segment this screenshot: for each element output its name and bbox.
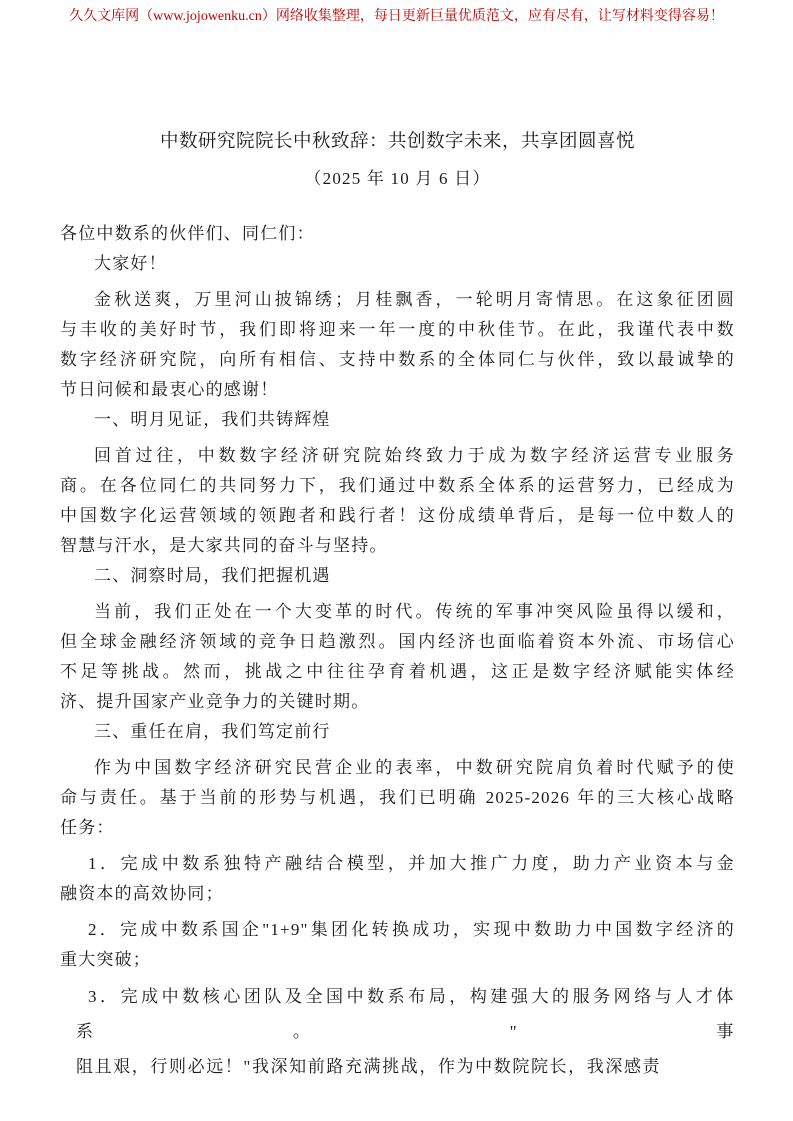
greeting: 大家好！ <box>60 249 735 279</box>
text-line: 中国数字化运营领域的领跑者和践行者！这份成绩单背后，是每一位中数人的 <box>60 501 735 531</box>
text-line: 1．完成中数系独特产融结合模型，并加大推广力度，助力产业资本与金 <box>60 849 735 879</box>
text-line: 回首过往，中数数字经济研究院始终致力于成为数字经济运营专业服务 <box>60 441 735 471</box>
paragraph-intro: 金秋送爽，万里河山披锦绣；月桂飘香，一轮明月寄情思。在这象征团圆 与丰收的美好时… <box>60 285 735 405</box>
text-line: 命与责任。基于当前的形势与机遇，我们已明确 2025-2026 年的三大核心战略 <box>60 783 735 813</box>
text-line: 作为中国数字经济研究民营企业的表率，中数研究院肩负着时代赋予的使 <box>60 753 735 783</box>
text-line: 数字经济研究院，向所有相信、支持中数系的全体同仁与伙伴，致以最诚挚的 <box>60 345 735 375</box>
section-heading-3: 三、重任在肩，我们笃定前行 <box>60 717 735 747</box>
text-line: 不足等挑战。然而，挑战之中往往孕育着机遇，这正是数字经济赋能实体经 <box>60 657 735 687</box>
document-body: 中数研究院院长中秋致辞：共创数字未来，共享团圆喜悦 （2025 年 10 月 6… <box>60 0 735 1084</box>
document-page: 久久文库网（www.jojowenku.cn）网络收集整理，每日更新巨量优质范文… <box>0 0 793 1121</box>
text-line: 智慧与汗水，是大家共同的奋斗与坚持。 <box>60 531 735 561</box>
text-line: 商。在各位同仁的共同努力下，我们通过中数系全体系的运营努力，已经成为 <box>60 471 735 501</box>
list-item-2: 2．完成中数系国企"1+9"集团化转换成功，实现中数助力中国数字经济的 重大突破… <box>60 915 735 975</box>
paragraph-section-2: 当前，我们正处在一个大变革的时代。传统的军事冲突风险虽得以缓和， 但全球金融经济… <box>60 597 735 717</box>
paragraph-section-1: 回首过往，中数数字经济研究院始终致力于成为数字经济运营专业服务 商。在各位同仁的… <box>60 441 735 561</box>
text-line: 节日问候和最衷心的感谢！ <box>60 375 735 405</box>
salutation: 各位中数系的伙伴们、同仁们： <box>60 219 735 249</box>
list-item-3: 3．完成中数核心团队及全国中数系布局，构建强大的服务网络与人才体系。"事 阻且艰… <box>60 979 735 1084</box>
paragraph-section-3: 作为中国数字经济研究民营企业的表率，中数研究院肩负着时代赋予的使 命与责任。基于… <box>60 753 735 843</box>
text-line: 任务： <box>60 813 735 843</box>
text-line: 当前，我们正处在一个大变革的时代。传统的军事冲突风险虽得以缓和， <box>60 597 735 627</box>
text-line: 重大突破； <box>60 945 735 975</box>
text-line: 2．完成中数系国企"1+9"集团化转换成功，实现中数助力中国数字经济的 <box>60 915 735 945</box>
section-heading-1: 一、明月见证，我们共铸辉煌 <box>60 405 735 435</box>
text-line: 阻且艰，行则必远！"我深知前路充满挑战，作为中数院院长，我深感责 <box>76 1049 735 1084</box>
text-line: 金秋送爽，万里河山披锦绣；月桂飘香，一轮明月寄情思。在这象征团圆 <box>60 285 735 315</box>
document-title: 中数研究院院长中秋致辞：共创数字未来，共享团圆喜悦 <box>60 129 735 155</box>
document-date: （2025 年 10 月 6 日） <box>60 167 735 191</box>
text-line: 融资本的高效协同； <box>60 879 735 909</box>
text-line: 济、提升国家产业竞争力的关键时期。 <box>60 687 735 717</box>
section-heading-2: 二、洞察时局，我们把握机遇 <box>60 561 735 591</box>
text-line: 但全球金融经济领域的竞争日趋激烈。国内经济也面临着资本外流、市场信心 <box>60 627 735 657</box>
list-item-1: 1．完成中数系独特产融结合模型，并加大推广力度，助力产业资本与金 融资本的高效协… <box>60 849 735 909</box>
text-line: 与丰收的美好时节，我们即将迎来一年一度的中秋佳节。在此，我谨代表中数 <box>60 315 735 345</box>
text-line: 3．完成中数核心团队及全国中数系布局，构建强大的服务网络与人才体系。"事 <box>76 979 735 1049</box>
